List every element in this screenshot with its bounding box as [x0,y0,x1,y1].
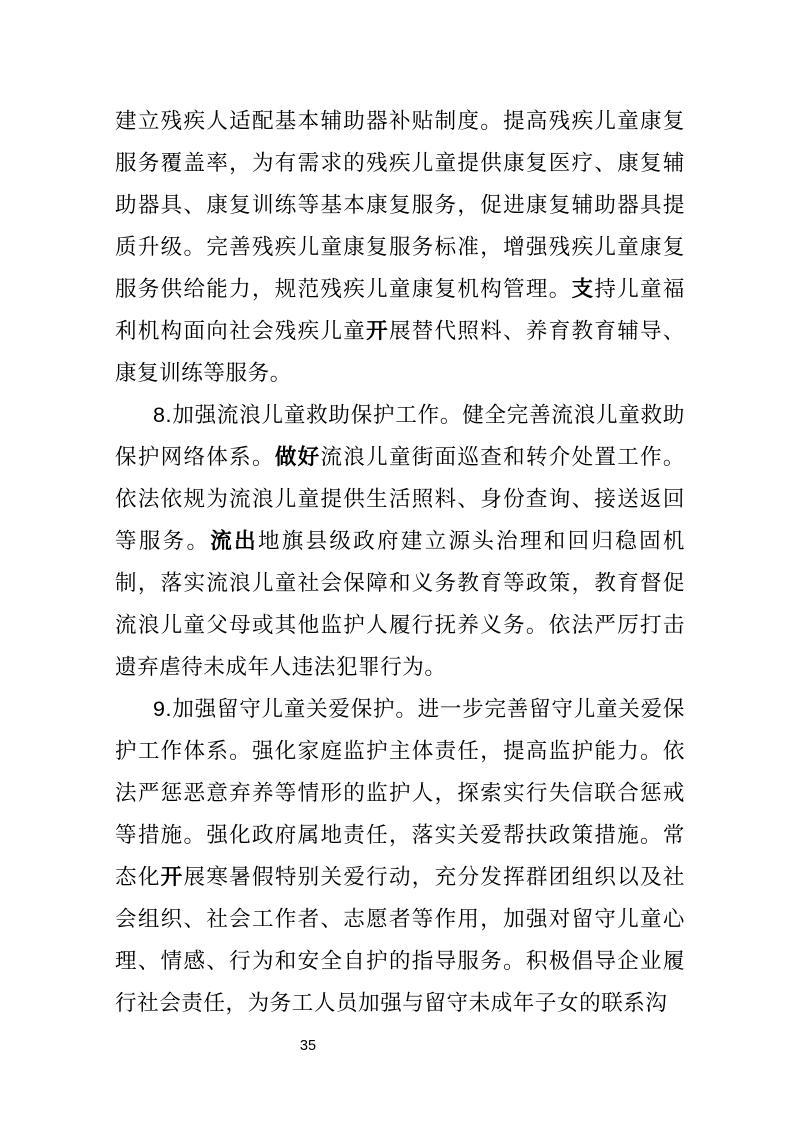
page-number: 35 [0,1038,616,1054]
paragraph: 8.加强流浪儿童救助保护工作。健全完善流浪儿童救助保护网络体系。做好流浪儿童街面… [115,394,685,688]
paragraph: 9.加强留守儿童关爱保护。进一步完善留守儿童关爱保护工作体系。强化家庭监护主体责… [115,688,685,1024]
document-body: 建立残疾人适配基本辅助器补贴制度。提高残疾儿童康复服务覆盖率，为有需求的残疾儿童… [115,100,685,1024]
paragraph: 建立残疾人适配基本辅助器补贴制度。提高残疾儿童康复服务覆盖率，为有需求的残疾儿童… [115,100,685,394]
text-run-bold: 开 [161,865,184,889]
text-run: 建立残疾人适配基本辅助器补贴制度。提高残疾儿童康复服务覆盖率，为有需求的残疾儿童… [115,109,685,301]
text-run-bold: 流出 [210,529,258,553]
text-run-bold: 做好 [275,445,321,469]
text-run: 9.加强留守儿童关爱保护。进一步完善留守儿童关爱保护工作体系。强化家庭监护主体责… [115,697,685,889]
text-run-bold: 开 [366,319,389,343]
text-run-bold: 支 [572,277,595,301]
text-run: 展寒暑假特别关爱行动，充分发挥群团组织以及社会组织、社会工作者、志愿者等作用，加… [115,865,685,1015]
document-page: 建立残疾人适配基本辅助器补贴制度。提高残疾儿童康复服务覆盖率，为有需求的残疾儿童… [0,0,793,1122]
